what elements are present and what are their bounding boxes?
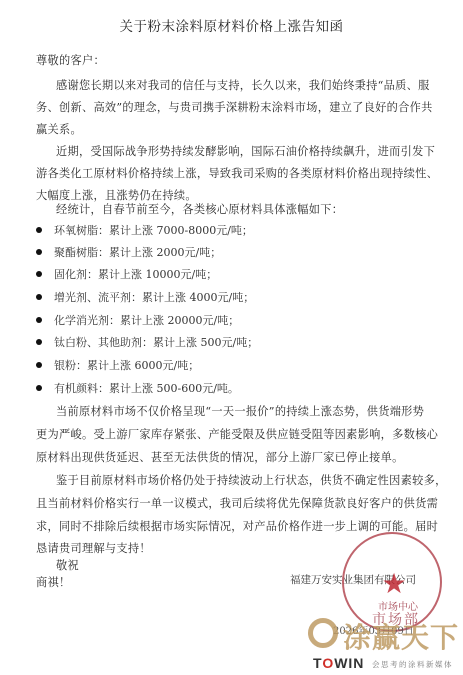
paragraph5-line1: 鉴于目前原材料市场价格仍处于持续波动上行状态，供货不确定性因素较多，: [56, 472, 447, 488]
bullet-icon: [36, 385, 42, 391]
price-item: 固化剂：累计上涨 10000元/吨；: [36, 266, 217, 282]
bullet-icon: [36, 339, 42, 345]
bullet-icon: [36, 271, 42, 277]
paragraph4-line2: 更为严峻。受上游厂家库存紧张、产能受限及供应链受阻等因素影响，多数核心: [36, 426, 438, 442]
watermark-brand: TOWIN: [313, 655, 364, 671]
paragraph4-line3: 原材料出现供货延迟、甚至无法供货的情况，部分上游厂家已停止接单。: [36, 449, 404, 465]
bullet-icon: [36, 362, 42, 368]
paragraph5-line4: 恳请贵司理解与支持！: [36, 540, 151, 556]
price-item: 有机颜料：累计上涨 500-600元/吨。: [36, 380, 239, 396]
price-item: 聚酯树脂：累计上涨 2000元/吨；: [36, 244, 221, 260]
paragraph2-line2: 游各类化工原材料价格持续上涨，导致我司采购的各类原材料价格出现持续性、: [36, 165, 438, 181]
closing-regards: 敬祝: [56, 557, 79, 573]
paragraph1-line2: 务、创新、高效”的理念，与贵司携手深耕粉末涂料市场，建立了良好的合作共: [36, 99, 433, 115]
bullet-icon: [36, 317, 42, 323]
bullet-icon: [36, 294, 42, 300]
watermark-slogan: 会思考的涂料新媒体: [372, 659, 453, 670]
bullet-icon: [36, 227, 42, 233]
price-item: 增光剂、流平剂：累计上涨 4000元/吨；: [36, 289, 254, 305]
paragraph3: 经统计，自春节前至今，各类核心原材料具体涨幅如下：: [56, 201, 343, 217]
price-item: 钛白粉、其他助剂：累计上涨 500元/吨；: [36, 334, 258, 350]
paragraph2-line1: 近期，受国际战争形势持续发酵影响，国际石油价格持续飙升，进而引发下: [56, 143, 435, 159]
paragraph5-line3: 求，同时不排除后续根据市场实际情况，对产品价格作进一步上调的可能。届时: [36, 518, 438, 534]
paragraph4-line1: 当前原材料市场不仅价格呈现“一天一报价”的持续上涨态势，供货端形势: [56, 403, 424, 419]
watermark-logo-icon: [308, 618, 338, 648]
paragraph1-line1: 感谢您长期以来对我司的信任与支持，长久以来，我们始终秉持“品质、服: [56, 77, 430, 93]
salutation: 尊敬的客户：: [36, 52, 105, 68]
bullet-icon: [36, 249, 42, 255]
price-item: 环氧树脂：累计上涨 7000-8000元/吨；: [36, 222, 253, 238]
paragraph5-line2: 且当前材料价格实行一单一议模式，我司后续将优先保障货款良好客户的供货需: [36, 495, 438, 511]
closing-wishes: 商祺！: [36, 574, 70, 590]
price-item: 化学消光剂：累计上涨 20000元/吨；: [36, 312, 239, 328]
price-item: 银粉：累计上涨 6000元/吨；: [36, 357, 199, 373]
paragraph1-line3: 赢关系。: [36, 121, 82, 137]
watermark-text: 涂赢天下: [343, 616, 459, 656]
notice-letter: 关于粉末涂料原材料价格上涨告知函 尊敬的客户： 感谢您长期以来对我司的信任与支持…: [0, 0, 463, 675]
letter-title: 关于粉末涂料原材料价格上涨告知函: [0, 15, 463, 35]
star-icon: ★: [380, 570, 408, 598]
